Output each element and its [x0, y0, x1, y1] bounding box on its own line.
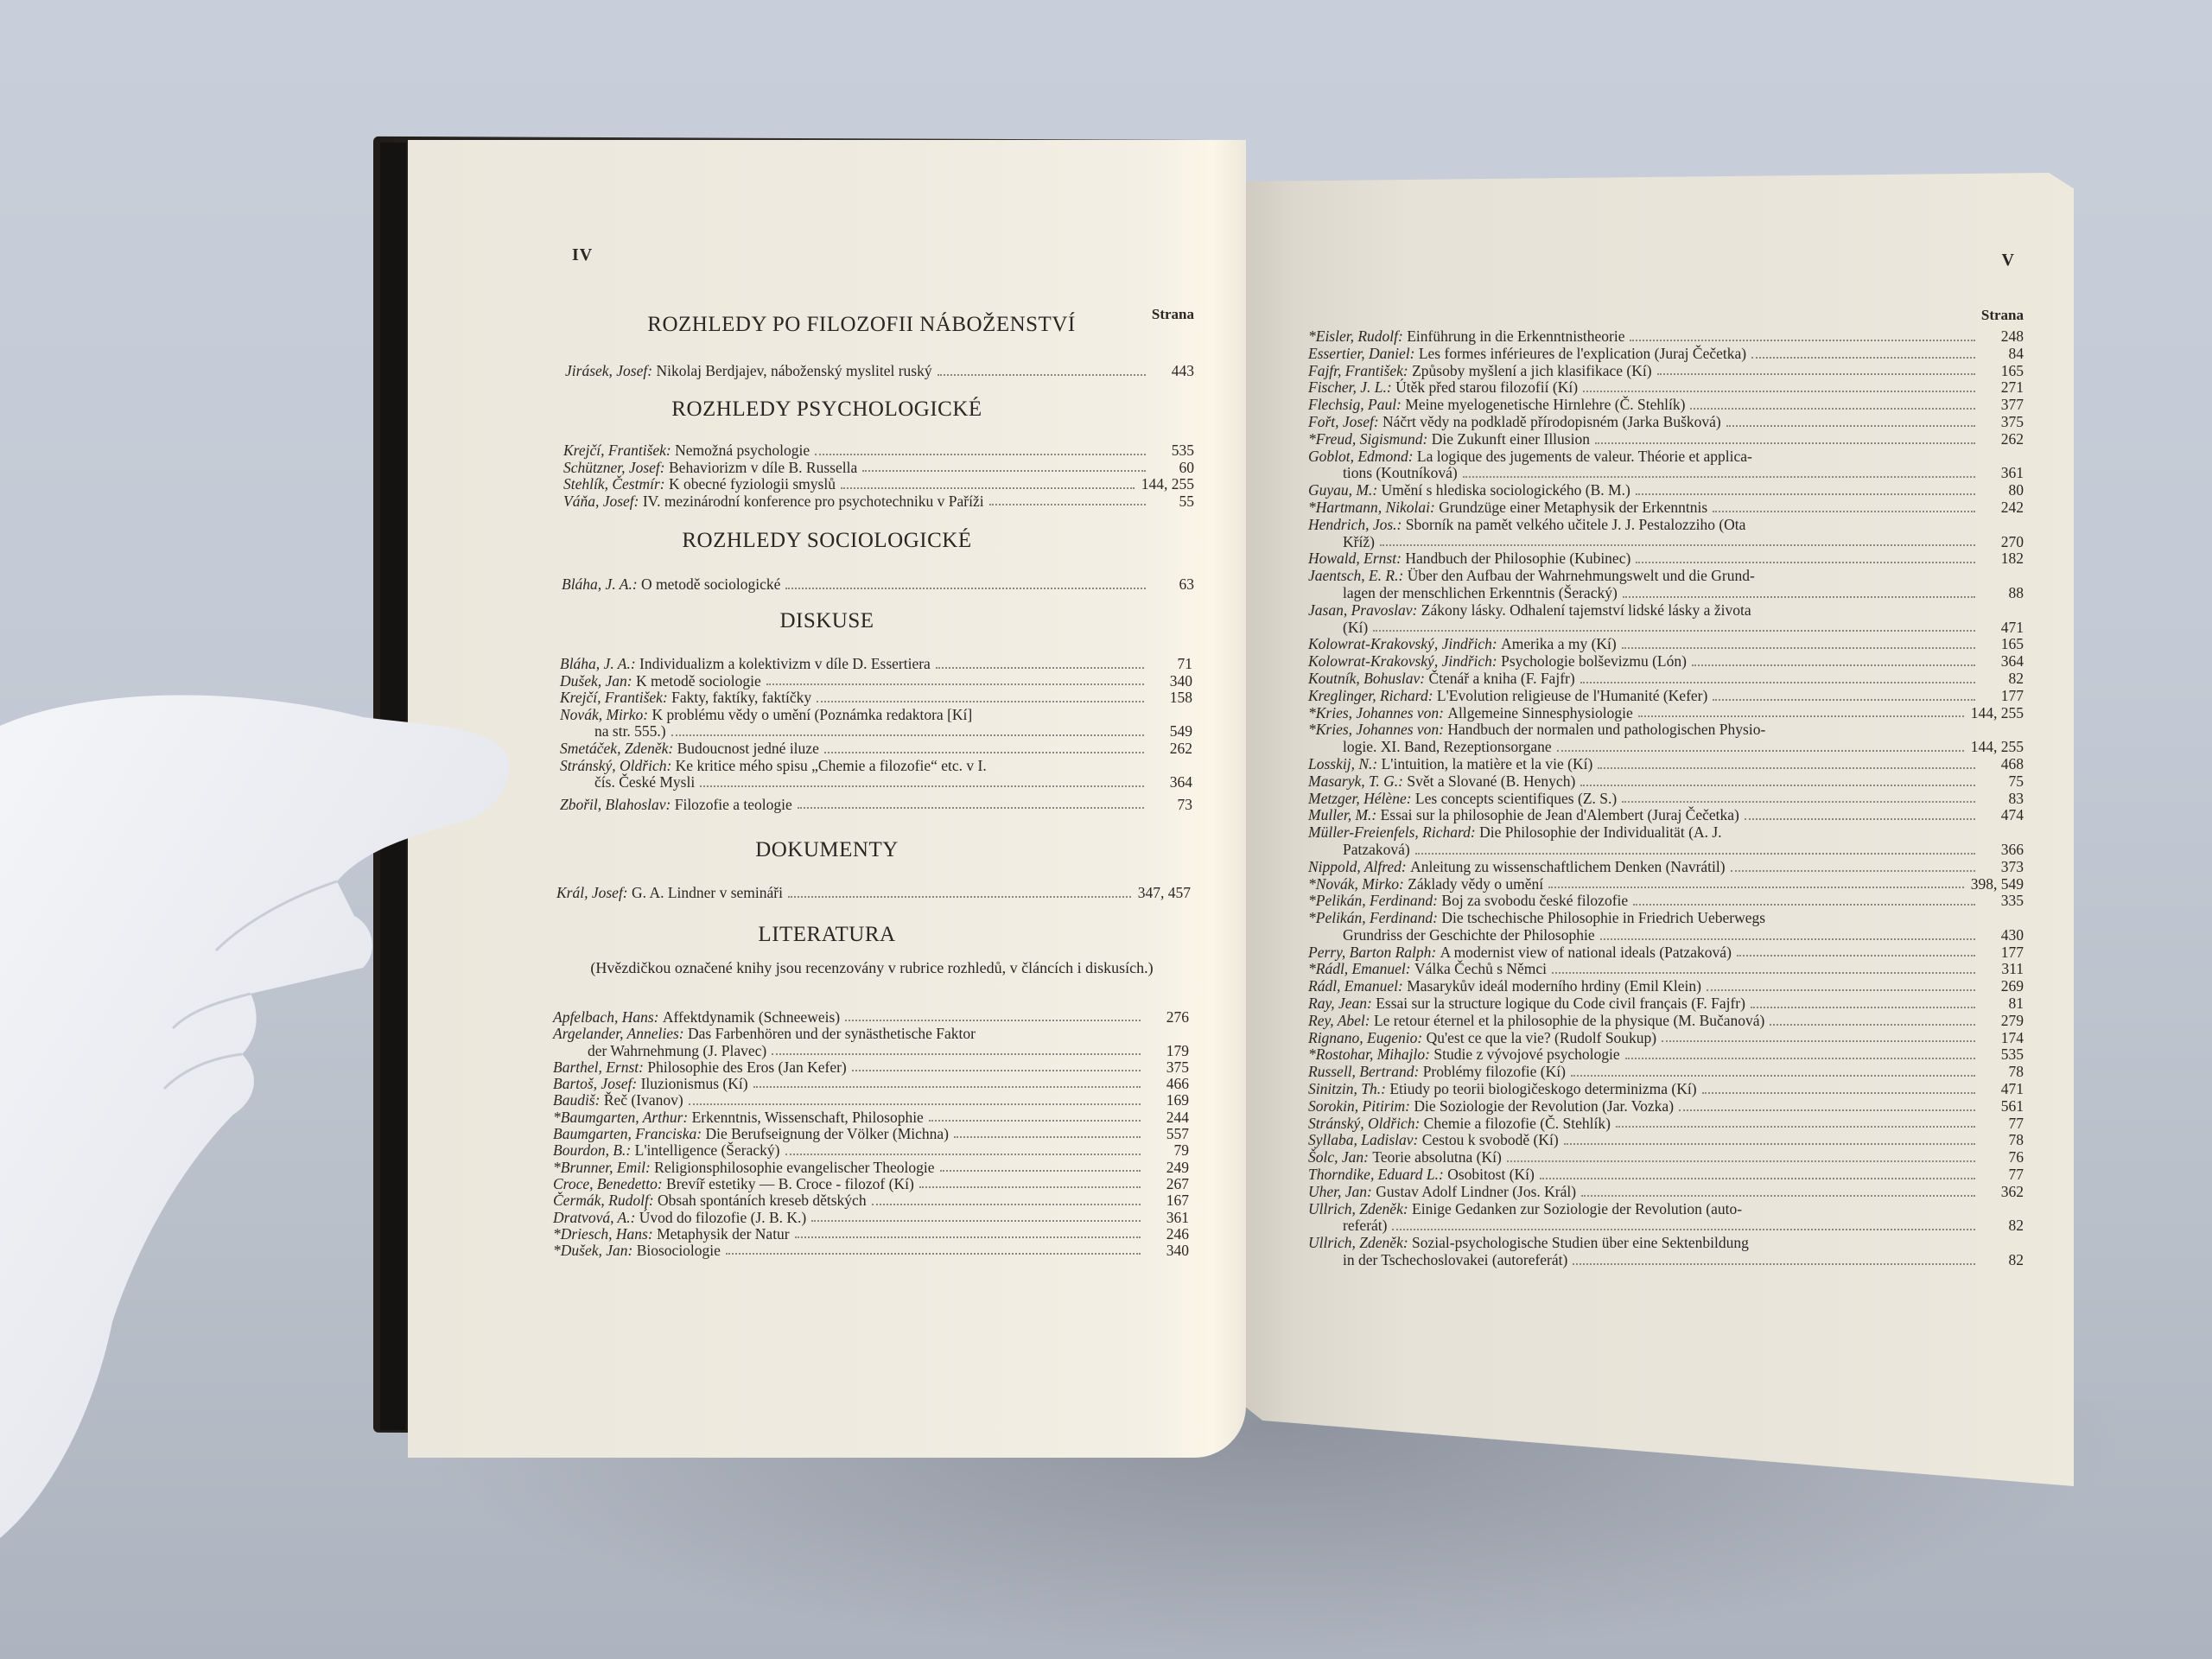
entry-title: Nikolaj Berdjajev, náboženský myslitel r… [656, 363, 931, 380]
entry-author: Kolowrat-Krakovský, Jindřich: [1308, 653, 1497, 671]
toc-entry[interactable]: Sinitzin, Th.: Etiudy po teorii biologič… [1308, 1081, 2024, 1098]
entry-title: Řeč (Ivanov) [604, 1092, 683, 1109]
entry-title: Metaphysik der Natur [657, 1226, 790, 1243]
leader-dots [1623, 596, 1975, 598]
leader-dots [1625, 1058, 1975, 1059]
toc-entry[interactable]: Stehlík, Čestmír: K obecné fyziologii sm… [563, 476, 1194, 493]
entry-author: Jasan, Pravoslav: [1308, 601, 1417, 619]
toc-entry[interactable]: Jasan, Pravoslav: Zákony lásky. Odhalení… [1308, 602, 2024, 620]
toc-entry[interactable]: *Dušek, Jan: Biosociologie340 [553, 1243, 1189, 1259]
toc-entry[interactable]: Dratvová, A.: Úvod do filozofie (J. B. K… [553, 1210, 1189, 1226]
toc-entry[interactable]: Čermák, Rudolf: Obsah spontáních kreseb … [553, 1192, 1189, 1209]
entry-title: Sozial-psychologische Studien über eine … [1412, 1234, 1749, 1251]
entry-title: Umění s hlediska sociologického (B. M.) [1382, 482, 1630, 499]
toc-entry[interactable]: Smetáček, Zdeněk: Budoucnost jedné iluze… [560, 741, 1192, 758]
entry-page: 79 [1147, 1142, 1189, 1159]
toc-entry-continuation: tions (Koutníková)361 [1308, 465, 2024, 482]
entry-page: 82 [1982, 671, 2024, 688]
entry-title-cont: (Kí) [1343, 620, 1368, 637]
toc-entry[interactable]: *Kries, Johannes von: Handbuch der norma… [1308, 721, 2024, 739]
entry-page: 271 [1982, 379, 2024, 397]
entry-title: Philosophie des Eros (Jan Kefer) [647, 1059, 846, 1076]
leader-dots [1702, 1092, 1975, 1094]
entry-page: 182 [1982, 550, 2024, 568]
entry-title: Problémy filozofie (Kí) [1423, 1064, 1566, 1081]
leader-dots [817, 701, 1144, 702]
entry-page: 78 [1982, 1132, 2024, 1149]
leader-dots [1564, 1143, 1975, 1145]
entry-author: *Baumgarten, Arthur: [553, 1109, 688, 1126]
entry-title: Die Zukunft einer Illusion [1432, 431, 1590, 448]
toc-entry[interactable]: Essertier, Daniel: Les formes inférieure… [1308, 346, 2024, 363]
entry-page: 561 [1982, 1098, 2024, 1116]
entry-author: Syllaba, Ladislav: [1308, 1132, 1418, 1149]
toc-entry[interactable]: Losskij, N.: L'intuition, la matière et … [1308, 756, 2024, 773]
entry-author: *Rádl, Emanuel: [1308, 961, 1411, 978]
entry-title: K obecné fyziologii smyslů [669, 476, 836, 493]
entry-author: Baudiš: [553, 1092, 600, 1109]
toc-entry[interactable]: Apfelbach, Hans: Affektdynamik (Schneewe… [553, 1009, 1189, 1026]
toc-entry[interactable]: Koutník, Bohuslav: Čtenář a kniha (F. Fa… [1308, 671, 2024, 688]
entry-page: 249 [1147, 1160, 1189, 1176]
entry-page: 468 [1982, 756, 2024, 773]
entry-author: Argelander, Annelies: [553, 1025, 684, 1042]
leader-dots [1380, 544, 1975, 546]
section-entries: Bláha, J. A.: O metodě sociologické63 [562, 576, 1194, 594]
literature-note: (Hvězdičkou označené knihy jsou recenzov… [553, 959, 1191, 976]
toc-entry[interactable]: Ullrich, Zdeněk: Einige Gedanken zur Soz… [1308, 1201, 2024, 1218]
entry-title: Fakty, faktíky, faktíčky [671, 690, 811, 707]
section-title: ROZHLEDY PSYCHOLOGICKÉ [408, 397, 1246, 422]
entry-page: 373 [1982, 859, 2024, 876]
toc-entry[interactable]: Müller-Freienfels, Richard: Die Philosop… [1308, 824, 2024, 842]
toc-entry[interactable]: Sorokin, Pitirim: Die Soziologie der Rev… [1308, 1098, 2024, 1116]
section-title: ROZHLEDY SOCIOLOGICKÉ [408, 529, 1246, 553]
entry-page: 78 [1982, 1064, 2024, 1081]
entry-title: Obsah spontáních kreseb dětských [658, 1192, 867, 1209]
leader-dots [1552, 972, 1975, 974]
toc-entry[interactable]: *Driesch, Hans: Metaphysik der Natur246 [553, 1226, 1189, 1243]
entry-author: Smetáček, Zdeněk: [560, 741, 673, 758]
toc-entry[interactable]: *Freud, Sigismund: Die Zukunft einer Ill… [1308, 431, 2024, 448]
entry-page: 340 [1151, 673, 1192, 690]
leader-dots [785, 588, 1146, 589]
entry-page: 398, 549 [1971, 876, 2024, 893]
entry-title: Les concepts scientifiques (Z. S.) [1415, 791, 1617, 808]
toc-entry[interactable]: *Pelikán, Ferdinand: Boj za svobodu česk… [1308, 893, 2024, 910]
entry-title: Gustav Adolf Lindner (Jos. Král) [1376, 1184, 1576, 1201]
leader-dots [766, 683, 1144, 685]
entry-author: *Rostohar, Mihajlo: [1308, 1046, 1430, 1064]
entry-title: Die tschechische Philosophie in Friedric… [1441, 909, 1765, 926]
toc-entry[interactable]: Jirásek, Josef: Nikolaj Berdjajev, nábož… [565, 363, 1194, 380]
leader-dots [1598, 767, 1975, 769]
toc-entry[interactable]: Kreglinger, Richard: L'Evolution religie… [1308, 688, 2024, 705]
entry-title: Anleitung zu wissenschaftlichem Denken (… [1410, 859, 1725, 876]
leader-dots [671, 734, 1144, 736]
entry-author: *Hartmann, Nikolai: [1308, 499, 1435, 517]
toc-entry[interactable]: Zbořil, Blahoslav: Filozofie a teologie7… [560, 797, 1192, 814]
entry-author: Uher, Jan: [1308, 1184, 1372, 1201]
entry-title: Die Philosophie der Individualität (A. J… [1479, 823, 1721, 841]
leader-dots [1571, 1075, 1975, 1077]
right-page: V Strana *Eisler, Rudolf: Einführung in … [1246, 173, 2074, 1486]
toc-entry[interactable]: *Rádl, Emanuel: Válka Čechů s Němci311 [1308, 961, 2024, 978]
entry-page: 270 [1982, 534, 2024, 551]
entry-page: 77 [1982, 1166, 2024, 1184]
entry-page: 340 [1147, 1243, 1189, 1259]
leader-dots [919, 1186, 1141, 1188]
entry-title: Affektdynamik (Schneeweis) [663, 1009, 840, 1026]
entry-author: Losskij, N.: [1308, 756, 1377, 773]
entry-author: *Pelikán, Ferdinand: [1308, 893, 1438, 910]
leader-dots [1583, 391, 1975, 392]
entry-title: Čtenář a kniha (F. Fajfr) [1429, 671, 1575, 688]
toc-entry[interactable]: Váňa, Josef: IV. mezinárodní konference … [563, 493, 1194, 511]
entry-title: Cestou k svobodě (Kí) [1422, 1132, 1559, 1149]
entry-author: Barthel, Ernst: [553, 1059, 644, 1076]
leader-dots [1638, 715, 1964, 717]
leader-dots [1737, 955, 1975, 957]
entry-page: 165 [1982, 636, 2024, 653]
toc-entry[interactable]: Rignano, Eugenio: Qu'est ce que la vie? … [1308, 1030, 2024, 1047]
entry-page: 174 [1982, 1030, 2024, 1047]
leader-dots [1679, 1109, 1975, 1111]
toc-entry[interactable]: Syllaba, Ladislav: Cestou k svobodě (Kí)… [1308, 1132, 2024, 1149]
entry-author: Rádl, Emanuel: [1308, 978, 1403, 995]
entry-title: Psychologie bolševizmu (Lón) [1501, 653, 1687, 671]
section-entries: Bláha, J. A.: Individualizm a kolektiviz… [560, 656, 1192, 813]
leader-dots [1507, 1160, 1975, 1162]
toc-entry[interactable]: Krejčí, František: Fakty, faktíky, faktí… [560, 690, 1192, 707]
entry-page: 248 [1982, 328, 2024, 346]
entry-author: Bláha, J. A.: [562, 576, 638, 594]
entry-page: 71 [1151, 656, 1192, 673]
leader-dots [938, 374, 1146, 376]
entry-author: Koutník, Bohuslav: [1308, 671, 1425, 688]
entry-author: *Kries, Johannes von: [1308, 721, 1444, 738]
leader-dots [1770, 1024, 1975, 1026]
page-number-right: V [2002, 251, 2015, 270]
leader-dots [1662, 1040, 1975, 1042]
leader-dots [1595, 442, 1975, 444]
toc-entry-continuation: lagen der menschlichen Erkenntnis (Šerac… [1308, 585, 2024, 602]
entry-page: 366 [1982, 842, 2024, 859]
entry-author: Essertier, Daniel: [1308, 346, 1414, 363]
entry-title: K problému vědy o umění (Poznámka redakt… [652, 706, 972, 723]
toc-entry-continuation: logie. XI. Band, Rezeptionsorgane144, 25… [1308, 739, 2024, 756]
leader-dots [1731, 870, 1975, 872]
toc-entry[interactable]: Schützner, Josef: Behaviorizm v díle B. … [563, 460, 1194, 477]
entry-title: Allgemeine Sinnesphysiologie [1447, 705, 1632, 722]
toc-entry[interactable]: Fajfr, František: Způsoby myšlení a jich… [1308, 363, 2024, 380]
toc-entry-continuation: Kříž)270 [1308, 534, 2024, 551]
entry-title-cont: Grundriss der Geschichte der Philosophie [1343, 927, 1595, 944]
toc-entry[interactable]: Stránský, Oldřich: Ke kritice mého spisu… [560, 758, 1192, 775]
leader-dots [954, 1136, 1141, 1138]
toc-entry[interactable]: *Novák, Mirko: Základy vědy o umění398, … [1308, 876, 2024, 893]
entry-title: IV. mezinárodní konference pro psychotec… [643, 493, 984, 511]
leader-dots [1745, 818, 1975, 820]
entry-author: Kreglinger, Richard: [1308, 688, 1433, 705]
entry-title: Das Farbenhören und der synästhetische F… [688, 1025, 976, 1042]
entry-author: Čermák, Rudolf: [553, 1192, 654, 1209]
entry-page: 84 [1982, 346, 2024, 363]
entry-page: 262 [1151, 741, 1192, 758]
toc-entry[interactable]: Bláha, J. A.: Individualizm a kolektiviz… [560, 656, 1192, 673]
entry-title: Osobitost (Kí) [1447, 1166, 1535, 1184]
entry-title-cont: tions (Koutníková) [1343, 465, 1458, 482]
entry-author: Váňa, Josef: [563, 493, 639, 511]
toc-entry[interactable]: Nippold, Alfred: Anleitung zu wissenscha… [1308, 859, 2024, 876]
toc-entry[interactable]: *Brunner, Emil: Religionsphilosophie eva… [553, 1160, 1189, 1176]
entry-page: 179 [1147, 1043, 1189, 1059]
toc-entry[interactable]: Bláha, J. A.: O metodě sociologické63 [562, 576, 1194, 594]
leader-dots [1692, 664, 1975, 666]
entry-author: Russell, Bertrand: [1308, 1064, 1419, 1081]
entry-title: Etiudy po teorii biologičeskogo determin… [1389, 1081, 1696, 1098]
section-title: ROZHLEDY PO FILOZOFII NÁBOŽENSTVÍ [408, 313, 1246, 337]
entry-page: 557 [1147, 1126, 1189, 1142]
toc-entry[interactable]: Bourdon, B.: L'intelligence (Šeracký)79 [553, 1142, 1189, 1159]
entry-page: 60 [1153, 460, 1194, 477]
toc-entry[interactable]: Baumgarten, Franciska: Die Berufseignung… [553, 1126, 1189, 1142]
entry-author: *Dušek, Jan: [553, 1243, 632, 1259]
entry-author: Fořt, Josef: [1308, 414, 1379, 431]
entry-page: 80 [1982, 482, 2024, 499]
entry-title: Studie z vývojové psychologie [1433, 1046, 1619, 1064]
toc-entry[interactable]: Metzger, Hélène: Les concepts scientifiq… [1308, 791, 2024, 808]
entry-page: 244 [1147, 1109, 1189, 1126]
entry-page: 375 [1982, 414, 2024, 431]
toc-entry[interactable]: Goblot, Edmond: La logique des jugements… [1308, 448, 2024, 466]
entry-title: O metodě sociologické [641, 576, 780, 594]
toc-entry[interactable]: Král, Josef: G. A. Lindner v semináři347… [556, 885, 1191, 902]
entry-title: Iluzionismus (Kí) [641, 1076, 748, 1092]
toc-entry[interactable]: Perry, Barton Ralph: A modernist view of… [1308, 944, 2024, 962]
strana-header-right: Strana [1981, 307, 2024, 324]
toc-entry[interactable]: *Rostohar, Mihajlo: Studie z vývojové ps… [1308, 1046, 2024, 1064]
toc-entry[interactable]: Masaryk, T. G.: Svět a Slované (B. Henyc… [1308, 773, 2024, 791]
entry-title: Filozofie a teologie [675, 797, 792, 814]
toc-entry[interactable]: Kolowrat-Krakovský, Jindřich: Amerika a … [1308, 636, 2024, 653]
entry-author: Goblot, Edmond: [1308, 448, 1414, 465]
section-title: DISKUSE [408, 609, 1246, 633]
entry-page: 177 [1982, 944, 2024, 962]
toc-entry[interactable]: Howald, Ernst: Handbuch der Philosophie … [1308, 550, 2024, 568]
section-entries: Jirásek, Josef: Nikolaj Berdjajev, nábož… [565, 363, 1194, 380]
entry-author: Metzger, Hélène: [1308, 791, 1412, 808]
leader-dots [815, 454, 1146, 455]
entry-author: Stehlík, Čestmír: [563, 476, 665, 493]
leader-dots [940, 1170, 1141, 1172]
white-glove-hand [0, 665, 536, 1538]
entry-title: Úvod do filozofie (J. B. K.) [639, 1210, 806, 1226]
entry-author: Apfelbach, Hans: [553, 1009, 658, 1026]
entry-page: 362 [1982, 1184, 2024, 1201]
toc-entry[interactable]: Rey, Abel: Le retour éternel et la philo… [1308, 1013, 2024, 1030]
entry-title: Handbuch der normalen und pathologischen… [1447, 721, 1765, 738]
leader-dots [1726, 425, 1975, 427]
literature-entries: *Eisler, Rudolf: Einführung in die Erken… [1308, 328, 2024, 1269]
entry-title: Religionsphilosophie evangelischer Theol… [654, 1160, 934, 1176]
entry-author: Fajfr, František: [1308, 363, 1408, 380]
toc-entry[interactable]: Hendrich, Jos.: Sborník na pamět velkého… [1308, 517, 2024, 534]
entry-page: 276 [1147, 1009, 1189, 1026]
toc-entry-continuation: in der Tschechoslovakei (autoreferát)82 [1308, 1252, 2024, 1269]
toc-entry[interactable]: Argelander, Annelies: Das Farbenhören un… [553, 1026, 1189, 1042]
toc-entry[interactable]: Ray, Jean: Essai sur la structure logiqu… [1308, 995, 2024, 1013]
leader-dots [929, 1120, 1141, 1122]
toc-entry[interactable]: *Eisler, Rudolf: Einführung in die Erken… [1308, 328, 2024, 346]
entry-title: Boj za svobodu české filozofie [1441, 893, 1628, 910]
toc-entry-continuation: Patzaková)366 [1308, 842, 2024, 859]
toc-entry[interactable]: *Baumgarten, Arthur: Erkenntnis, Wissens… [553, 1109, 1189, 1126]
entry-title: L'intelligence (Šeracký) [635, 1142, 780, 1159]
toc-entry-continuation: referát)82 [1308, 1217, 2024, 1235]
leader-dots [1713, 511, 1975, 512]
entry-title: Behaviorizm v díle B. Russella [669, 460, 857, 477]
entry-title: Ke kritice mého spisu „Chemie a filozofi… [676, 757, 987, 774]
entry-title: La logique des jugements de valeur. Théo… [1417, 448, 1752, 465]
entry-title: L'Evolution religieuse de l'Humanité (Ke… [1437, 688, 1707, 705]
entry-title: Nemožná psychologie [675, 442, 810, 460]
toc-entry[interactable]: Šolc, Jan: Teorie absolutna (Kí)76 [1308, 1149, 2024, 1166]
section-entries: Apfelbach, Hans: Affektdynamik (Schneewe… [553, 1009, 1189, 1259]
leader-dots [795, 1236, 1141, 1238]
entry-page: 82 [1982, 1252, 2024, 1269]
entry-title-cont: na str. 555.) [594, 723, 666, 741]
leader-dots [1636, 562, 1975, 563]
leader-dots [872, 1204, 1141, 1205]
entry-page: 73 [1151, 797, 1192, 814]
entry-page: 169 [1147, 1092, 1189, 1109]
toc-entry[interactable]: Russell, Bertrand: Problémy filozofie (K… [1308, 1064, 2024, 1081]
entry-title-cont: logie. XI. Band, Rezeptionsorgane [1343, 739, 1552, 756]
entry-title: Les formes inférieures de l'explication … [1419, 346, 1746, 363]
entry-title: Le retour éternel et la philosophie de l… [1374, 1013, 1764, 1030]
toc-entry[interactable]: Flechsig, Paul: Meine myelogenetische Hi… [1308, 397, 2024, 414]
entry-page: 246 [1147, 1226, 1189, 1243]
entry-title: Základy vědy o umění [1408, 876, 1543, 893]
entry-page: 177 [1982, 688, 2024, 705]
toc-entry[interactable]: *Hartmann, Nikolai: Grundzüge einer Meta… [1308, 499, 2024, 517]
toc-entry[interactable]: Kolowrat-Krakovský, Jindřich: Psychologi… [1308, 653, 2024, 671]
entry-page: 269 [1982, 978, 2024, 995]
entry-title: L'intuition, la matière et la vie (Kí) [1382, 756, 1593, 773]
entry-author: Croce, Benedetto: [553, 1176, 663, 1192]
leader-dots [726, 1253, 1141, 1255]
entry-author: Nippold, Alfred: [1308, 859, 1407, 876]
entry-author: Bláha, J. A.: [560, 656, 636, 673]
entry-title: Meine myelogenetische Hirnlehre (Č. Steh… [1405, 397, 1685, 414]
toc-entry[interactable]: Bartoš, Josef: Iluzionismus (Kí)466 [553, 1076, 1189, 1092]
entry-title-cont: referát) [1343, 1217, 1387, 1235]
entry-author: Guyau, M.: [1308, 482, 1377, 499]
entry-page: 262 [1982, 431, 2024, 448]
entry-title: Masarykův ideál moderního hrdiny (Emil K… [1407, 978, 1701, 995]
entry-title-cont: in der Tschechoslovakei (autoreferát) [1343, 1252, 1567, 1269]
leader-dots [753, 1086, 1141, 1088]
entry-author: Perry, Barton Ralph: [1308, 944, 1436, 962]
entry-author: *Novák, Mirko: [1308, 876, 1404, 893]
entry-title-cont: Kříž) [1343, 534, 1375, 551]
entry-author: Bourdon, B.: [553, 1142, 631, 1159]
entry-title-cont: der Wahrnehmung (J. Plavec) [588, 1043, 766, 1059]
entry-page: 311 [1982, 961, 2024, 978]
entry-author: Ray, Jean: [1308, 995, 1372, 1013]
toc-entry[interactable]: *Pelikán, Ferdinand: Die tschechische Ph… [1308, 910, 2024, 927]
toc-entry[interactable]: Croce, Benedetto: Brevíř estetiky — B. C… [553, 1176, 1189, 1192]
entry-author: Stránský, Oldřich: [560, 757, 671, 774]
entry-title: Brevíř estetiky — B. Croce - filozof (Kí… [666, 1176, 914, 1192]
toc-entry[interactable]: Fořt, Josef: Náčrt vědy na podkladě přír… [1308, 414, 2024, 431]
leader-dots [798, 807, 1144, 809]
leader-dots [1373, 630, 1975, 632]
leader-dots [1557, 750, 1964, 752]
entry-author: Hendrich, Jos.: [1308, 516, 1402, 533]
entry-page: 535 [1982, 1046, 2024, 1064]
entry-author: Šolc, Jan: [1308, 1149, 1369, 1166]
leader-dots [1630, 340, 1975, 341]
entry-page: 55 [1153, 493, 1194, 511]
toc-entry[interactable]: Thorndike, Eduard L.: Osobitost (Kí)77 [1308, 1166, 2024, 1184]
toc-entry[interactable]: Novák, Mirko: K problému vědy o umění (P… [560, 707, 1192, 724]
entry-page: 364 [1982, 653, 2024, 671]
leader-dots [936, 667, 1144, 669]
leader-dots [1392, 1229, 1975, 1230]
leader-dots [1540, 1178, 1975, 1179]
page-number-left: IV [572, 245, 593, 265]
leader-dots [1633, 904, 1975, 906]
toc-entry[interactable]: Jaentsch, E. R.: Über den Aufbau der Wah… [1308, 568, 2024, 585]
entry-title: Qu'est ce que la vie? (Rudolf Soukup) [1427, 1030, 1657, 1047]
leader-dots [1580, 682, 1975, 683]
entry-author: Baumgarten, Franciska: [553, 1126, 702, 1142]
entry-page: 471 [1982, 620, 2024, 637]
entry-page: 75 [1982, 773, 2024, 791]
toc-entry[interactable]: Ullrich, Zdeněk: Sozial-psychologische S… [1308, 1235, 2024, 1252]
entry-title: Teorie absolutna (Kí) [1372, 1149, 1501, 1166]
toc-entry[interactable]: Baudiš: Řeč (Ivanov)169 [553, 1092, 1189, 1109]
entry-author: *Pelikán, Ferdinand: [1308, 909, 1438, 926]
entry-page: 88 [1982, 585, 2024, 602]
toc-entry[interactable]: Barthel, Ernst: Philosophie des Eros (Ja… [553, 1059, 1189, 1076]
entry-page: 361 [1982, 465, 2024, 482]
toc-entry[interactable]: Stránský, Oldřich: Chemie a filozofie (Č… [1308, 1116, 2024, 1133]
leader-dots [1580, 785, 1975, 786]
toc-entry[interactable]: Uher, Jan: Gustav Adolf Lindner (Jos. Kr… [1308, 1184, 2024, 1201]
entry-author: Sinitzin, Th.: [1308, 1081, 1386, 1098]
entry-page: 165 [1982, 363, 2024, 380]
toc-entry[interactable]: Dušek, Jan: K metodě sociologie340 [560, 673, 1192, 690]
entry-title: Válka Čechů s Němci [1414, 961, 1547, 978]
toc-entry[interactable]: Krejčí, František: Nemožná psychologie53… [563, 442, 1194, 460]
toc-entry[interactable]: *Kries, Johannes von: Allgemeine Sinnesp… [1308, 705, 2024, 722]
entry-page: 144, 255 [1971, 705, 2024, 722]
toc-entry[interactable]: Fischer, J. L.: Útěk před starou filozof… [1308, 379, 2024, 397]
toc-entry[interactable]: Rádl, Emanuel: Masarykův ideál moderního… [1308, 978, 2024, 995]
leader-dots [1713, 699, 1975, 701]
toc-entry[interactable]: Guyau, M.: Umění s hlediska sociologické… [1308, 482, 2024, 499]
entry-author: Rey, Abel: [1308, 1013, 1370, 1030]
entry-title-cont: čís. České Mysli [594, 774, 695, 791]
leader-dots [1622, 801, 1975, 803]
toc-entry[interactable]: Muller, M.: Essai sur la philosophie de … [1308, 807, 2024, 824]
entry-page: 377 [1982, 397, 2024, 414]
entry-title: Útěk před starou filozofií (Kí) [1395, 379, 1578, 397]
entry-title: Způsoby myšlení a jich klasifikace (Kí) [1412, 363, 1652, 380]
